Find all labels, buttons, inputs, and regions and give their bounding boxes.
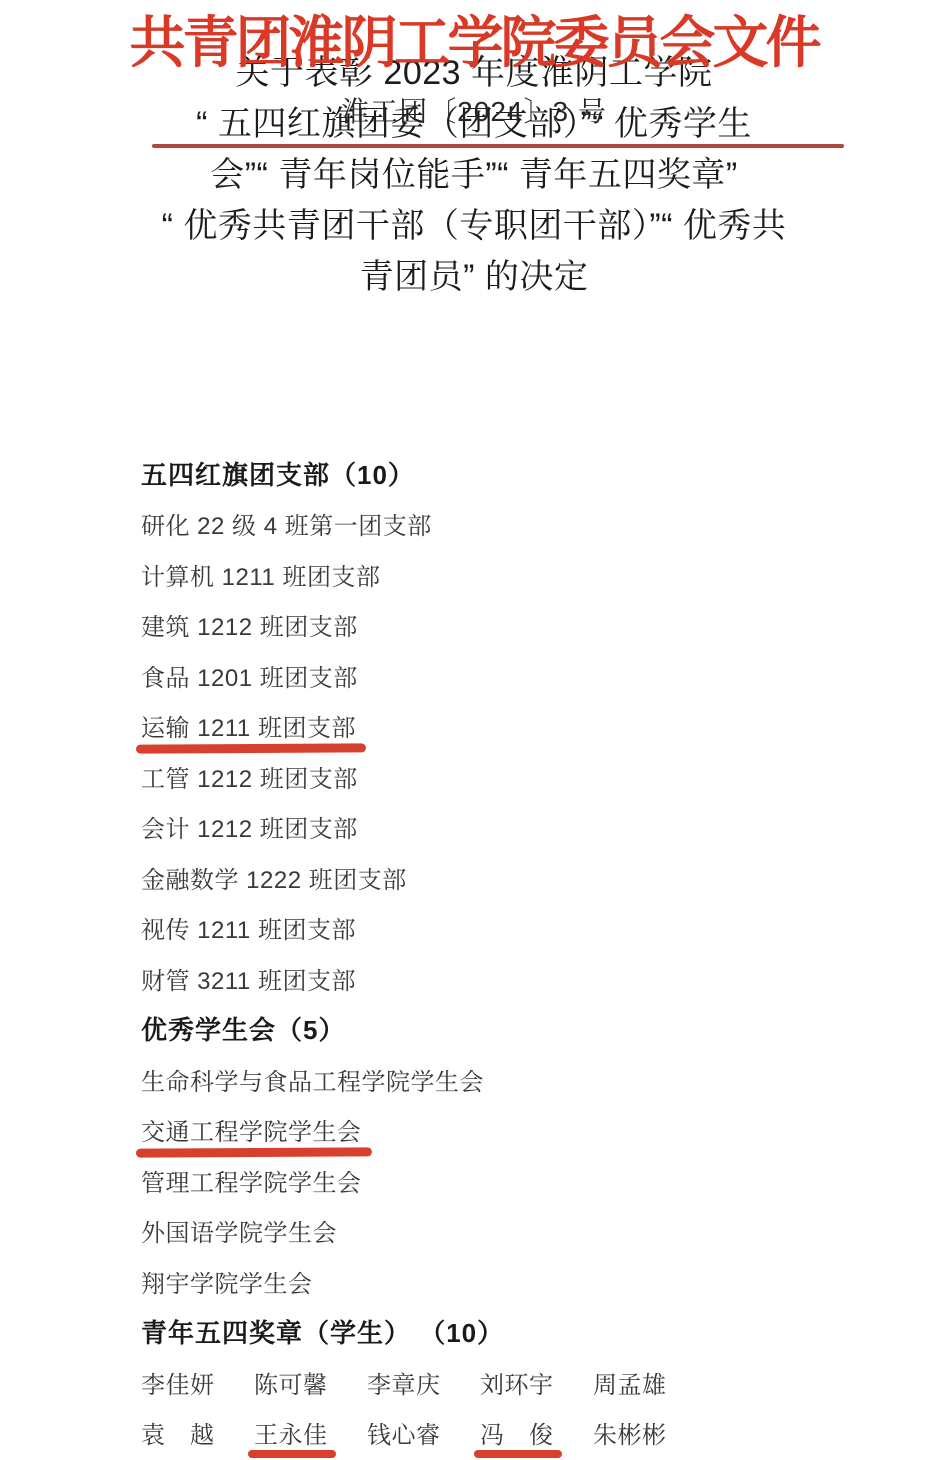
list-item: 生命科学与食品工程学院学生会 <box>141 1054 918 1105</box>
name-row: 袁 越 王永佳 钱心睿 冯 俊 朱彬彬 <box>141 1408 918 1459</box>
list-item: 计算机 1211 班团支部 <box>141 549 918 600</box>
section-heading-outstanding-student-unions: 优秀学生会（5） <box>141 1004 918 1055</box>
list-item: 外国语学院学生会 <box>141 1206 918 1257</box>
list-item: 翔宇学院学生会 <box>141 1256 918 1307</box>
name-cell: 李章庆 <box>367 1365 480 1400</box>
red-underline-mark <box>474 1450 562 1458</box>
doc-title-line: 青团员” 的决定 <box>0 252 948 303</box>
list-item-underlined: 交通工程学院学生会 <box>141 1105 918 1156</box>
name-cell-underlined: 冯 俊 <box>480 1415 593 1450</box>
doc-title-line: “ 优秀共青团干部（专职团干部）”“ 优秀共 <box>0 201 948 252</box>
list-item: 金融数学 1222 班团支部 <box>141 852 918 903</box>
name-cell: 袁 越 <box>141 1415 254 1450</box>
header-divider-rule <box>152 144 844 148</box>
red-underline-mark <box>248 1450 336 1458</box>
document-body: 五四红旗团支部（10） 研化 22 级 4 班第一团支部 计算机 1211 班团… <box>141 448 918 1458</box>
list-item: 食品 1201 班团支部 <box>141 650 918 701</box>
section-heading-youth-may-fourth-medal: 青年五四奖章（学生） （10） <box>141 1307 918 1358</box>
name-cell: 李佳妍 <box>141 1365 254 1400</box>
doc-title-line: 会”“ 青年岗位能手”“ 青年五四奖章” <box>0 150 948 201</box>
list-item: 财管 3211 班团支部 <box>141 953 918 1004</box>
list-item: 管理工程学院学生会 <box>141 1155 918 1206</box>
name-cell: 陈可馨 <box>254 1365 367 1400</box>
letterhead: 共青团淮阴工学院委员会文件 淮工团〔2024〕3 号 <box>0 0 948 148</box>
list-item: 工管 1212 班团支部 <box>141 751 918 802</box>
name-cell: 朱彬彬 <box>593 1415 706 1450</box>
doc-number: 淮工团〔2024〕3 号 <box>0 90 948 130</box>
list-item: 建筑 1212 班团支部 <box>141 600 918 651</box>
name-cell-underlined: 王永佳 <box>254 1415 367 1450</box>
list-item: 视传 1211 班团支部 <box>141 903 918 954</box>
org-title: 共青团淮阴工学院委员会文件 <box>0 10 948 76</box>
red-underline-mark <box>136 1148 372 1158</box>
document-page: 共青团淮阴工学院委员会文件 淮工团〔2024〕3 号 关于表彰 2023 年度淮… <box>0 0 948 1460</box>
name-cell: 刘环宇 <box>480 1365 593 1400</box>
list-item: 会计 1212 班团支部 <box>141 802 918 853</box>
name-cell: 周孟雄 <box>593 1365 706 1400</box>
name-cell: 钱心睿 <box>367 1415 480 1450</box>
name-row: 李佳妍 陈可馨 李章庆 刘环宇 周孟雄 <box>141 1357 918 1408</box>
red-underline-mark <box>136 744 366 754</box>
list-item: 研化 22 级 4 班第一团支部 <box>141 499 918 550</box>
list-item-underlined: 运输 1211 班团支部 <box>141 701 918 752</box>
section-heading-red-flag-branches: 五四红旗团支部（10） <box>141 448 918 499</box>
